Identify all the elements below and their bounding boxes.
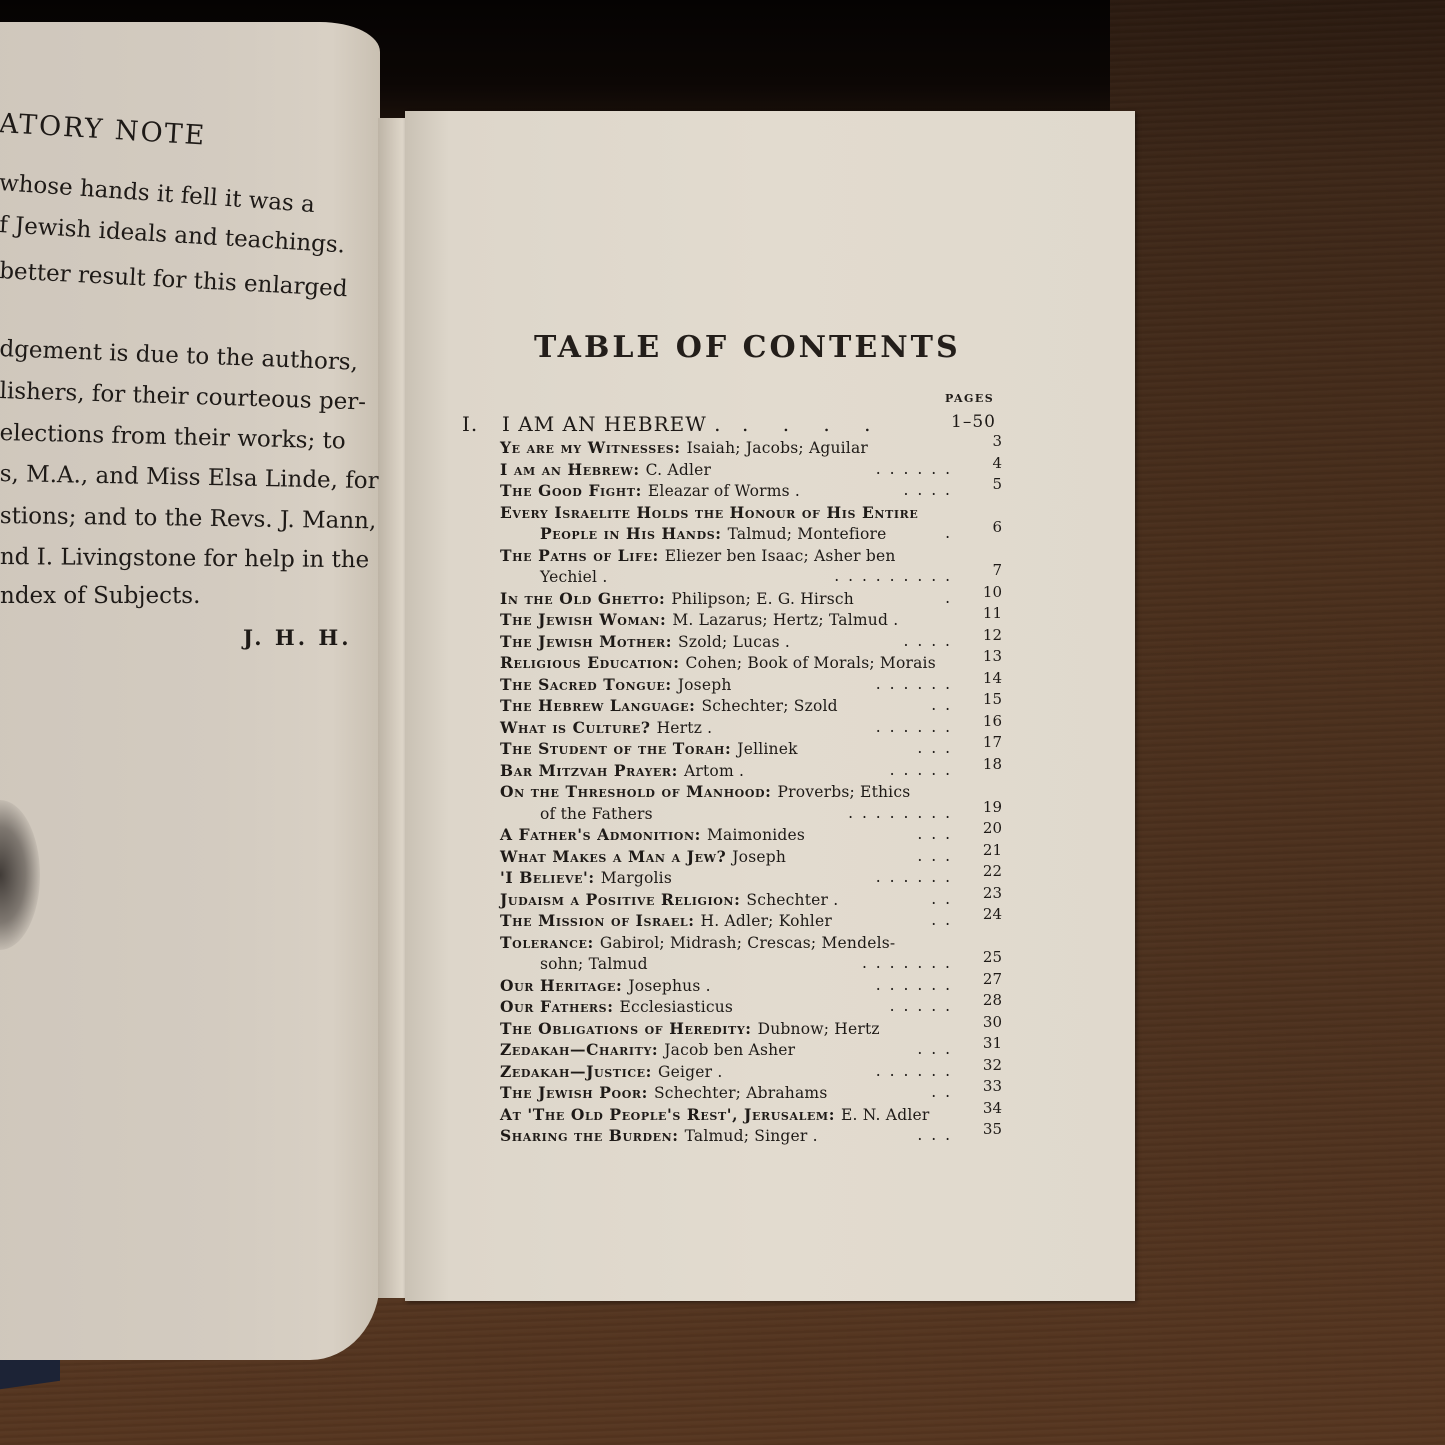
toc-entry: People in His Hands: Talmud; Montefiore.… — [500, 524, 1000, 546]
entry-title: The Student of the Torah: Jellinek — [500, 739, 798, 758]
entry-title: In the Old Ghetto: Philipson; E. G. Hirs… — [500, 589, 854, 608]
entry-authors: Talmud; Singer . — [685, 1127, 818, 1145]
entry-authors: Margolis — [601, 869, 672, 887]
entry-page-number: 34 — [983, 1099, 1002, 1117]
dot-leader: . . . . — [904, 481, 953, 499]
toc-entry: I am an Hebrew: C. Adler. . . . . .4 — [500, 460, 1000, 482]
entry-title: of the Fathers — [540, 804, 653, 823]
entry-title-text: Judaism a Positive Religion: — [500, 890, 740, 909]
toc-entry: What is Culture? Hertz .. . . . . .16 — [500, 718, 1000, 740]
toc-entry: In the Old Ghetto: Philipson; E. G. Hirs… — [500, 589, 1000, 611]
dot-leader: . . . — [917, 847, 952, 865]
entry-title-text: The Sacred Tongue: — [500, 675, 672, 694]
entry-title-text: On the Threshold of Manhood: — [500, 782, 772, 801]
entry-page-number: 32 — [983, 1056, 1002, 1074]
entry-page-number: 13 — [983, 647, 1002, 665]
entry-authors: M. Lazarus; Hertz; Talmud . — [672, 611, 898, 629]
entry-authors: Isaiah; Jacobs; Aguilar — [687, 439, 868, 457]
dot-leader: . . . . . . — [876, 675, 952, 693]
entry-authors: Jacob ben Asher — [664, 1041, 795, 1059]
entry-title-text: At 'The Old People's Rest', Jerusalem: — [500, 1105, 835, 1124]
entry-authors: Eleazar of Worms . — [648, 482, 800, 500]
entry-page-number: 11 — [983, 604, 1002, 622]
entry-authors: Yechiel . — [540, 568, 607, 586]
entry-title: The Jewish Woman: M. Lazarus; Hertz; Tal… — [500, 610, 898, 629]
entry-title-text: The Obligations of Heredity: — [500, 1019, 752, 1038]
entry-title-text: Sharing the Burden: — [500, 1126, 679, 1145]
entry-title: Ye are my Witnesses: Isaiah; Jacobs; Agu… — [500, 438, 868, 457]
entry-title-text: The Good Fight: — [500, 481, 642, 500]
toc-entry: A Father's Admonition: Maimonides. . .20 — [500, 825, 1000, 847]
dot-leader: . . — [931, 911, 952, 929]
entry-title-text: The Student of the Torah: — [500, 739, 731, 758]
entry-title: Our Heritage: Josephus . — [500, 976, 711, 995]
toc-entry: The Obligations of Heredity: Dubnow; Her… — [500, 1019, 1000, 1041]
entry-page-number: 24 — [983, 905, 1002, 923]
entry-title-text: Bar Mitzvah Prayer: — [500, 761, 678, 780]
entry-title-text: I am an Hebrew: — [500, 460, 640, 479]
entry-title-text: A Father's Admonition: — [500, 825, 701, 844]
entry-title: What Makes a Man a Jew? Joseph — [500, 847, 786, 866]
toc-entry: Our Heritage: Josephus .. . . . . .27 — [500, 976, 1000, 998]
entry-title: The Mission of Israel: H. Adler; Kohler — [500, 911, 832, 930]
dot-leader: . . — [931, 696, 952, 714]
toc-entry: Tolerance: Gabirol; Midrash; Crescas; Me… — [500, 933, 1000, 955]
toc-entry: The Paths of Life: Eliezer ben Isaac; As… — [500, 546, 1000, 568]
entry-title-text: The Mission of Israel: — [500, 911, 695, 930]
entry-page-number: 21 — [983, 841, 1002, 859]
entry-title-text: Tolerance: — [500, 933, 594, 952]
left-line: ndex of Subjects. — [0, 583, 200, 609]
dot-leader: . . . . . — [890, 997, 952, 1015]
entry-page-number: 7 — [992, 561, 1002, 579]
entry-title-text: Zedakah—Justice: — [500, 1062, 652, 1081]
chapter-heading: I. I AM AN HEBREW . . . . . 1–50 — [462, 412, 996, 440]
toc-entry: Judaism a Positive Religion: Schechter .… — [500, 890, 1000, 912]
dot-leader: . . . . . . . . . — [834, 567, 952, 585]
left-line: stions; and to the Revs. J. Mann, — [0, 503, 376, 534]
entry-page-number: 25 — [983, 948, 1002, 966]
entry-title-text: 'I Believe': — [500, 868, 595, 887]
dot-leader: . . . . — [742, 412, 885, 436]
toc-entry: sohn; Talmud. . . . . . .25 — [500, 954, 1000, 976]
entry-page-number: 22 — [983, 862, 1002, 880]
toc-entry: The Jewish Mother: Szold; Lucas .. . . .… — [500, 632, 1000, 654]
dot-leader: . . . . . . — [876, 868, 952, 886]
dot-leader: . . . — [917, 1040, 952, 1058]
entry-title-text: The Jewish Woman: — [500, 610, 666, 629]
entry-title: The Sacred Tongue: Joseph — [500, 675, 732, 694]
entry-title: Zedakah—Charity: Jacob ben Asher — [500, 1040, 795, 1059]
entry-authors: H. Adler; Kohler — [701, 912, 832, 930]
entry-page-number: 35 — [983, 1120, 1002, 1138]
toc-entry: The Student of the Torah: Jellinek. . .1… — [500, 739, 1000, 761]
entry-page-number: 14 — [983, 669, 1002, 687]
entry-authors: Proverbs; Ethics — [778, 783, 911, 801]
entry-page-number: 6 — [992, 518, 1002, 536]
chapter-title: I AM AN HEBREW . — [502, 412, 722, 436]
dot-leader: . . . — [917, 825, 952, 843]
entry-page-number: 18 — [983, 755, 1002, 773]
entry-authors: Schechter; Szold — [701, 697, 837, 715]
entry-authors: Gabirol; Midrash; Crescas; Mendels- — [600, 934, 896, 952]
entry-title: Our Fathers: Ecclesiasticus — [500, 997, 733, 1016]
dot-leader: . . . — [917, 739, 952, 757]
entry-title-text: What is Culture? — [500, 718, 651, 737]
entry-authors: Dubnow; Hertz — [758, 1020, 880, 1038]
entry-title: The Hebrew Language: Schechter; Szold — [500, 696, 838, 715]
toc-entry: The Jewish Woman: M. Lazarus; Hertz; Tal… — [500, 610, 1000, 632]
entry-authors: Eliezer ben Isaac; Asher ben — [665, 547, 896, 565]
dot-leader: . . . . . . — [876, 718, 952, 736]
entry-authors: Ecclesiasticus — [620, 998, 734, 1016]
entry-title-text: Every Israelite Holds the Honour of His … — [500, 503, 918, 522]
entry-title: The Good Fight: Eleazar of Worms . — [500, 481, 800, 500]
entry-authors: Maimonides — [707, 826, 805, 844]
toc-entry: Zedakah—Charity: Jacob ben Asher. . .31 — [500, 1040, 1000, 1062]
entry-title-text: Religious Education: — [500, 653, 680, 672]
toc-entry: The Mission of Israel: H. Adler; Kohler.… — [500, 911, 1000, 933]
entry-page-number: 16 — [983, 712, 1002, 730]
entry-title: sohn; Talmud — [540, 954, 648, 973]
dot-leader: . . — [931, 1083, 952, 1101]
entry-authors: Schechter; Abrahams — [654, 1084, 828, 1102]
signature: J. H. H. — [243, 625, 352, 650]
dot-leader: . . . . . — [890, 761, 952, 779]
entry-title-text: The Hebrew Language: — [500, 696, 695, 715]
entry-title: What is Culture? Hertz . — [500, 718, 712, 737]
toc-entry: 'I Believe': Margolis. . . . . .22 — [500, 868, 1000, 890]
toc-entry: Every Israelite Holds the Honour of His … — [500, 503, 1000, 525]
entry-page-number: 19 — [983, 798, 1002, 816]
entry-authors: Philipson; E. G. Hirsch — [671, 590, 854, 608]
entry-page-number: 20 — [983, 819, 1002, 837]
entry-title-text: The Jewish Mother: — [500, 632, 672, 651]
entry-title: A Father's Admonition: Maimonides — [500, 825, 805, 844]
toc-entry: On the Threshold of Manhood: Proverbs; E… — [500, 782, 1000, 804]
entry-page-number: 23 — [983, 884, 1002, 902]
entry-authors: Jellinek — [737, 740, 797, 758]
entry-authors: Talmud; Montefiore — [728, 525, 887, 543]
entry-authors: Cohen; Book of Morals; Morais — [686, 654, 936, 672]
entry-title: Bar Mitzvah Prayer: Artom . — [500, 761, 744, 780]
toc-entries: Ye are my Witnesses: Isaiah; Jacobs; Agu… — [500, 438, 1000, 1148]
entry-page-number: 3 — [992, 432, 1002, 450]
entry-authors: Hertz . — [657, 719, 713, 737]
entry-title: The Obligations of Heredity: Dubnow; Her… — [500, 1019, 880, 1038]
toc-entry: The Jewish Poor: Schechter; Abrahams. .3… — [500, 1083, 1000, 1105]
entry-authors: Joseph — [732, 848, 786, 866]
toc-entry: of the Fathers. . . . . . . .19 — [500, 804, 1000, 826]
toc-entry: Yechiel .. . . . . . . . .7 — [500, 567, 1000, 589]
entry-page-number: 5 — [992, 475, 1002, 493]
entry-page-number: 30 — [983, 1013, 1002, 1031]
toc-entry: Bar Mitzvah Prayer: Artom .. . . . .18 — [500, 761, 1000, 783]
entry-title: Every Israelite Holds the Honour of His … — [500, 503, 918, 522]
entry-page-number: 15 — [983, 690, 1002, 708]
toc-entry: The Sacred Tongue: Joseph. . . . . .14 — [500, 675, 1000, 697]
entry-title: 'I Believe': Margolis — [500, 868, 672, 887]
dot-leader: . . . . — [904, 632, 953, 650]
dot-leader: . . . . . . . — [862, 954, 952, 972]
entry-title: The Jewish Mother: Szold; Lucas . — [500, 632, 790, 651]
entry-page-number: 12 — [983, 626, 1002, 644]
entry-authors: Schechter . — [746, 891, 838, 909]
toc-entry: What Makes a Man a Jew? Joseph. . .21 — [500, 847, 1000, 869]
entry-title: The Jewish Poor: Schechter; Abrahams — [500, 1083, 827, 1102]
entry-title-text: In the Old Ghetto: — [500, 589, 665, 608]
left-line: nd I. Livingstone for help in the — [0, 544, 369, 573]
entry-title: Sharing the Burden: Talmud; Singer . — [500, 1126, 818, 1145]
dot-leader: . . . . . . — [876, 1062, 952, 1080]
pages-column-label: PAGES — [945, 392, 994, 405]
entry-title: Zedakah—Justice: Geiger . — [500, 1062, 722, 1081]
dot-leader: . — [945, 589, 952, 607]
entry-page-number: 28 — [983, 991, 1002, 1009]
toc-entry: The Hebrew Language: Schechter; Szold. .… — [500, 696, 1000, 718]
toc-entry: At 'The Old People's Rest', Jerusalem: E… — [500, 1105, 1000, 1127]
entry-page-number: 31 — [983, 1034, 1002, 1052]
entry-authors: Josephus . — [628, 977, 710, 995]
dot-leader: . . — [931, 890, 952, 908]
entry-page-number: 33 — [983, 1077, 1002, 1095]
chapter-number: I. — [462, 412, 478, 436]
entry-page-number: 17 — [983, 733, 1002, 751]
toc-entry: Our Fathers: Ecclesiasticus. . . . .28 — [500, 997, 1000, 1019]
entry-title-text: People in His Hands: — [540, 524, 722, 543]
entry-title-text: Zedakah—Charity: — [500, 1040, 658, 1059]
entry-authors: Szold; Lucas . — [678, 633, 790, 651]
entry-title-text: Ye are my Witnesses: — [500, 438, 681, 457]
toc-entry: The Good Fight: Eleazar of Worms .. . . … — [500, 481, 1000, 503]
entry-title: The Paths of Life: Eliezer ben Isaac; As… — [500, 546, 896, 565]
entry-title: I am an Hebrew: C. Adler — [500, 460, 711, 479]
dot-leader: . . . — [917, 1126, 952, 1144]
entry-authors: of the Fathers — [540, 805, 653, 823]
entry-title-text: What Makes a Man a Jew? — [500, 847, 726, 866]
chapter-pages: 1–50 — [951, 412, 996, 432]
entry-authors: Joseph — [678, 676, 732, 694]
toc-entry: Sharing the Burden: Talmud; Singer .. . … — [500, 1126, 1000, 1148]
dot-leader: . . . . . . . . — [848, 804, 952, 822]
entry-authors: C. Adler — [646, 461, 711, 479]
dot-leader: . . . . . . — [876, 460, 952, 478]
entry-title-text: Our Heritage: — [500, 976, 622, 995]
entry-title: Tolerance: Gabirol; Midrash; Crescas; Me… — [500, 933, 895, 952]
entry-title: At 'The Old People's Rest', Jerusalem: E… — [500, 1105, 929, 1124]
toc-entry: Religious Education: Cohen; Book of Mora… — [500, 653, 1000, 675]
toc-entry: Ye are my Witnesses: Isaiah; Jacobs; Agu… — [500, 438, 1000, 460]
entry-authors: E. N. Adler — [841, 1106, 929, 1124]
entry-title: Judaism a Positive Religion: Schechter . — [500, 890, 838, 909]
entry-page-number: 4 — [992, 454, 1002, 472]
entry-title: Yechiel . — [540, 567, 607, 586]
toc-entry: Zedakah—Justice: Geiger .. . . . . .32 — [500, 1062, 1000, 1084]
entry-title: Religious Education: Cohen; Book of Mora… — [500, 653, 936, 672]
entry-authors: Geiger . — [658, 1063, 722, 1081]
dot-leader: . . . . . . — [876, 976, 952, 994]
entry-authors: sohn; Talmud — [540, 955, 648, 973]
entry-title-text: The Jewish Poor: — [500, 1083, 648, 1102]
entry-title: On the Threshold of Manhood: Proverbs; E… — [500, 782, 910, 801]
entry-page-number: 10 — [983, 583, 1002, 601]
entry-authors: Artom . — [684, 762, 744, 780]
page-title: TABLE OF CONTENTS — [534, 330, 961, 365]
entry-title: People in His Hands: Talmud; Montefiore — [540, 524, 886, 543]
entry-title-text: The Paths of Life: — [500, 546, 659, 565]
entry-page-number: 27 — [983, 970, 1002, 988]
entry-title-text: Our Fathers: — [500, 997, 614, 1016]
dot-leader: . — [945, 524, 952, 542]
